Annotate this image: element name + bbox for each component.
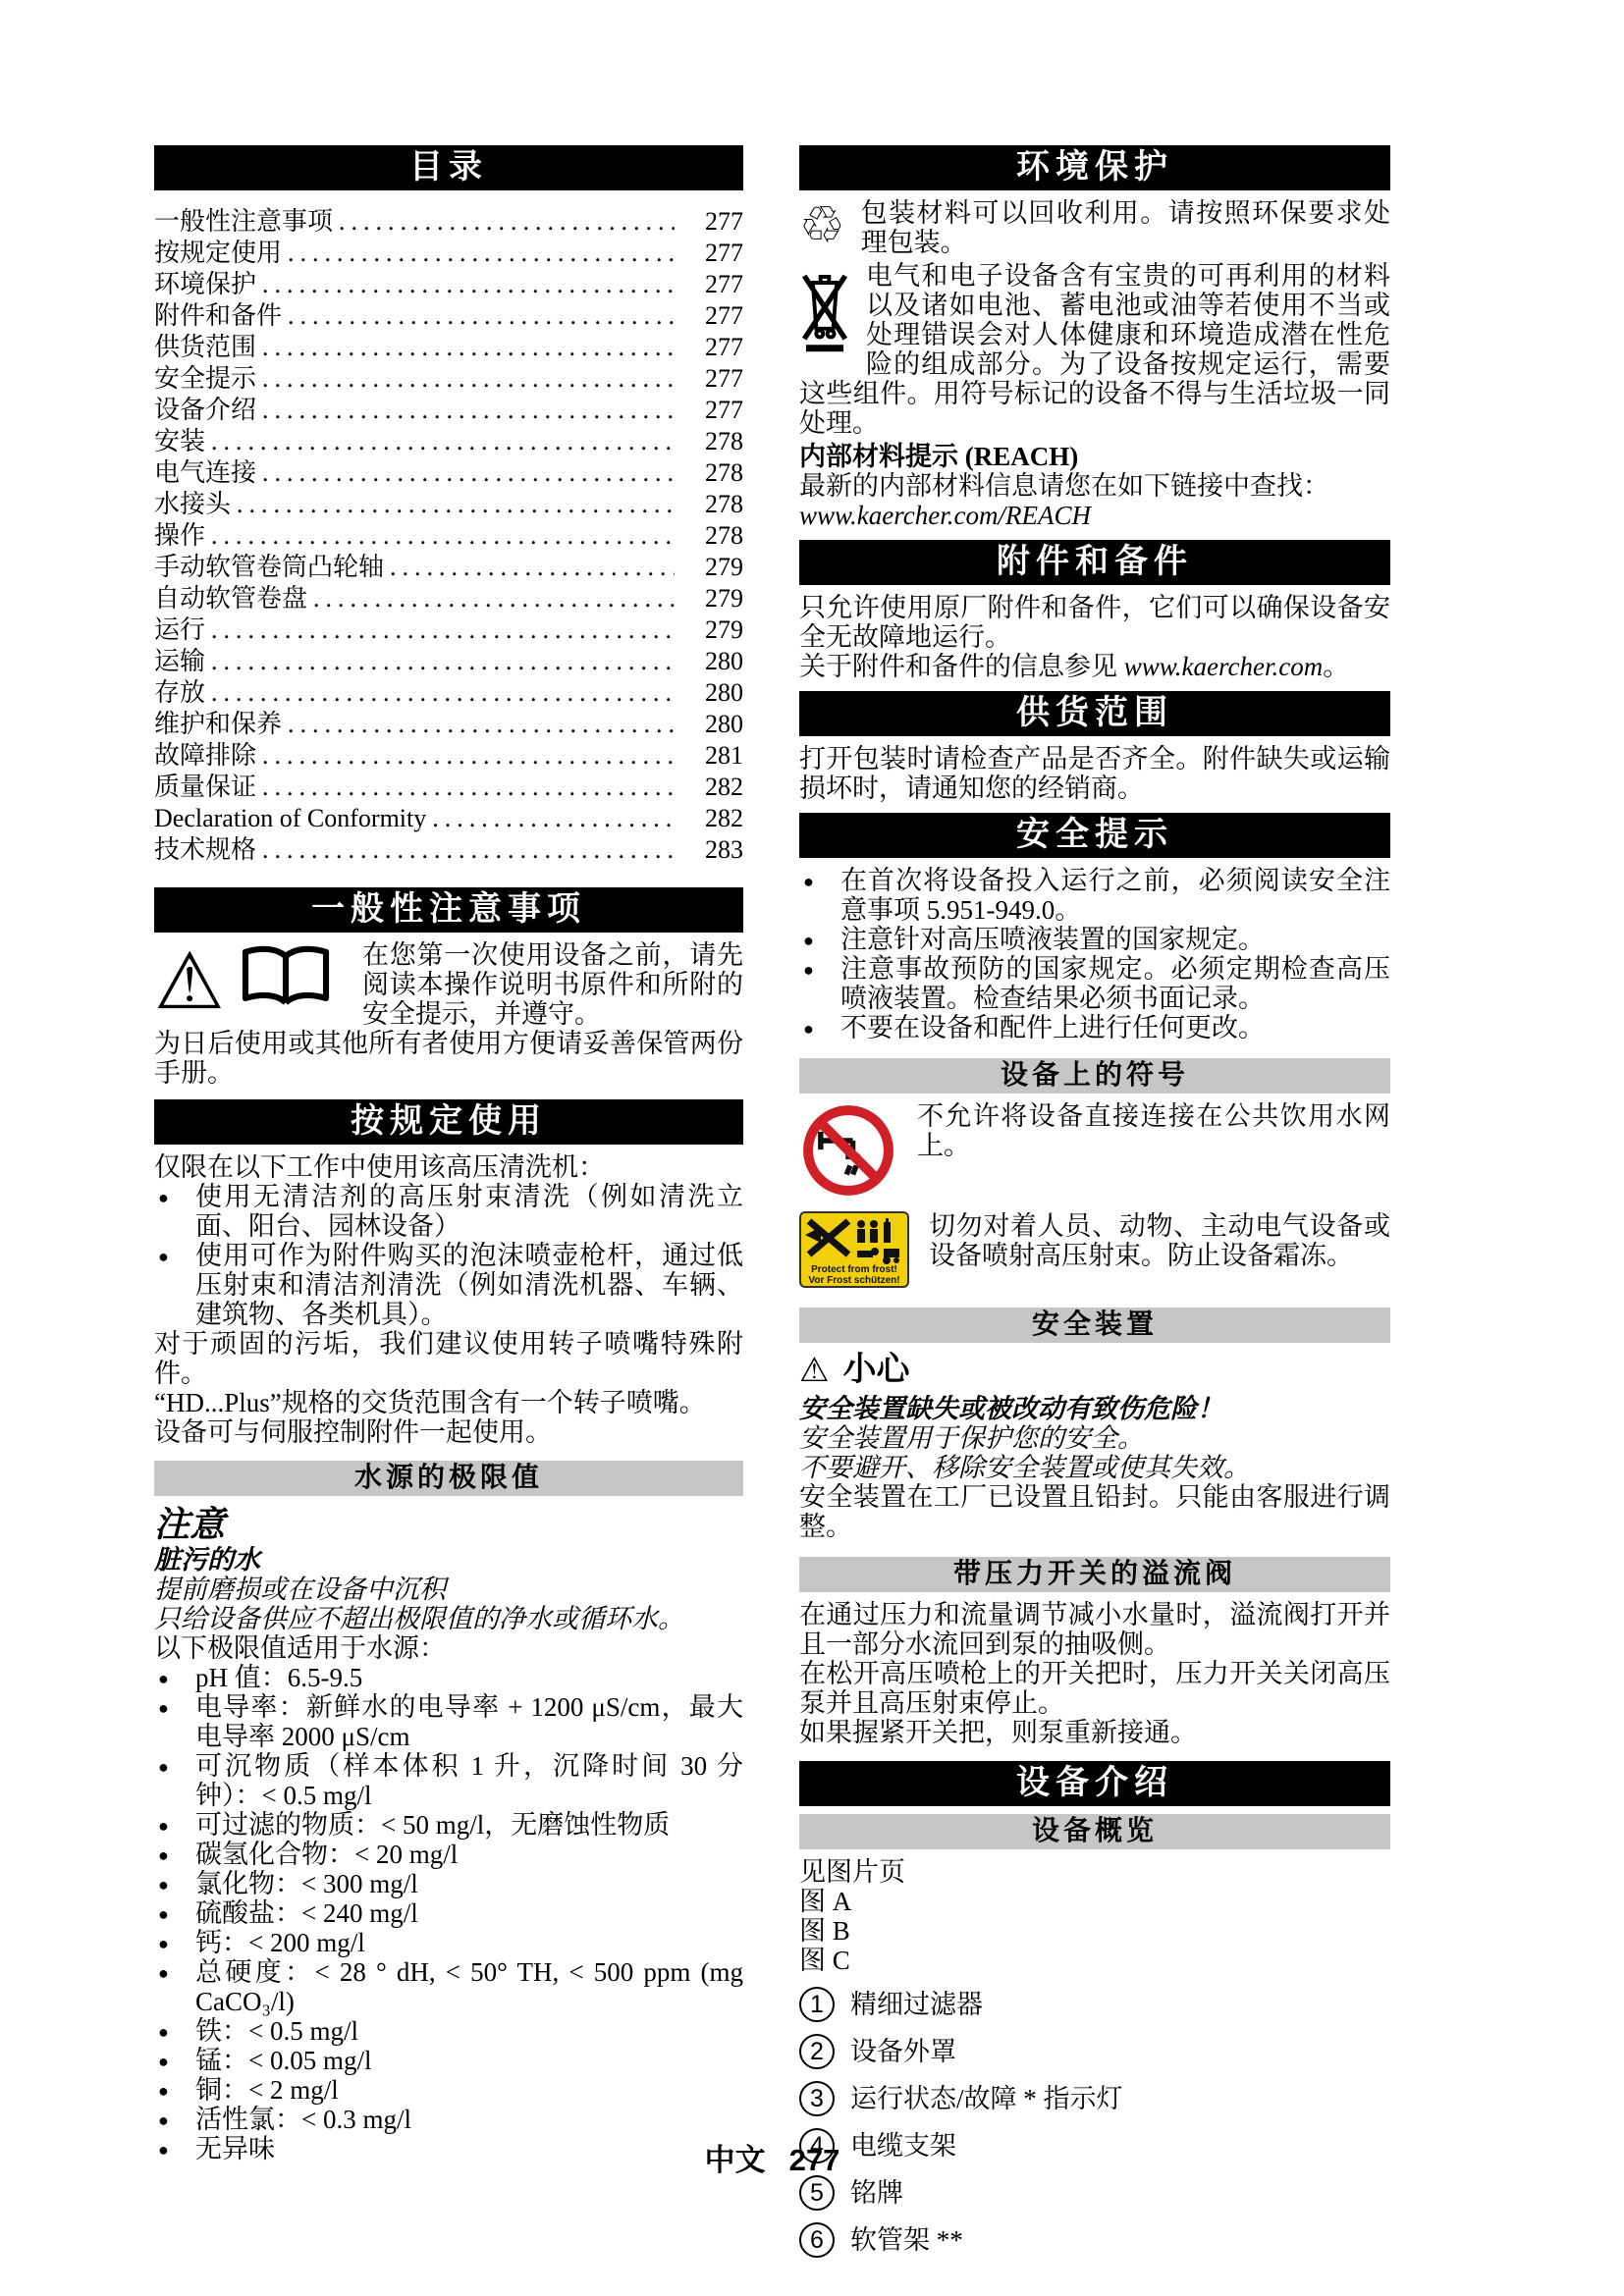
manual-page: 目录 一般性注意事项 .............................… [0, 0, 1624, 2296]
device-overview-item: 5 铭牌 [799, 2175, 1390, 2211]
accessories-p2-prefix: 关于附件和备件的信息参见 [799, 652, 1124, 681]
water-limit-item: 氯化物：< 300 mg/l [154, 1869, 743, 1898]
accessories-url: www.kaercher.com [1124, 652, 1323, 681]
water-limits-list: pH 值：6.5-9.5 电导率：新鲜水的电导率 + 1200 μS/cm，最大… [154, 1663, 743, 2163]
frost-warning-sticker-icon: Protect from frost! Vor Frost schützen! [799, 1211, 909, 1288]
water-italic-line: 只给设备供应不超出极限值的净水或循环水。 [154, 1604, 743, 1633]
item-label: 软管架 ** [850, 2225, 963, 2255]
toc-leader-dots: ........................................… [262, 363, 675, 395]
toc-entry-label: Declaration of Conformity [154, 803, 426, 834]
general-notes-header-bar: 一般性注意事项 [154, 887, 743, 933]
dirty-water-label: 脏污的水 [154, 1545, 743, 1575]
device-symbols-title: 设备上的符号 [1001, 1060, 1189, 1091]
attention-label: 注意 [154, 1504, 743, 1545]
safety-item: 注意针对高压喷液装置的国家规定。 [799, 925, 1390, 954]
toc-leader-dots: ........................................… [211, 426, 675, 457]
general-notes-icons: ⚠ [154, 940, 362, 1021]
caution-label: 小心 [842, 1351, 909, 1390]
toc-leader-dots: ........................................… [262, 395, 675, 426]
safety-item: 在首次将设备投入运行之前，必须阅读安全注意事项 5.951-949.0。 [799, 866, 1390, 925]
overflow-valve-paragraph: 在通过压力和流量调节减小水量时，溢流阀打开并且一部分水流回到泵的抽吸侧。 [799, 1600, 1390, 1659]
weee-paragraph: 电气和电子设备含有宝贵的可再利用的材料以及诸如电池、蓄电池或油等若使用不当或处理… [799, 261, 1390, 438]
safety-devices-note: 安全装置在工厂已设置且铅封。只能由客服进行调整。 [799, 1482, 1390, 1541]
safety-title: 安全提示 [1016, 817, 1173, 853]
toc-leader-dots: ........................................… [432, 803, 675, 834]
page-footer: 中文277 [154, 2146, 1390, 2175]
water-limit-item: 钙：< 200 mg/l [154, 1928, 743, 1957]
toc-leader-dots: ........................................… [288, 709, 675, 740]
toc-entry-label: 维护和保养 [154, 709, 282, 740]
toc-entry-page: 283 [680, 834, 743, 866]
water-italic-lines: 提前磨损或在设备中沉积 只给设备供应不超出极限值的净水或循环水。 [154, 1575, 743, 1633]
toc-entry: 维护和保养 ..................................… [154, 709, 743, 740]
toc-entry-label: 自动软管卷盘 [154, 583, 307, 614]
water-limits-title: 水源的极限值 [354, 1463, 543, 1493]
device-description-title: 设备介绍 [1016, 1765, 1173, 1801]
toc-entry: 附件和备件 ..................................… [154, 300, 743, 332]
water-limit-item: pH 值：6.5-9.5 [154, 1663, 743, 1692]
toc-entry-page: 277 [680, 395, 743, 426]
left-column: 目录 一般性注意事项 .............................… [154, 145, 743, 2163]
water-limit-item: 锰：< 0.05 mg/l [154, 2046, 743, 2075]
toc-leader-dots: ........................................… [288, 238, 675, 269]
device-overview-item: 1 精细过滤器 [799, 1987, 1390, 2022]
item-label: 精细过滤器 [850, 1990, 983, 2019]
water-limit-item: 总硬度：< 28 ° dH, < 50° TH, < 500 ppm (mg C… [154, 1957, 743, 2016]
toc-entry: 环境保护 ...................................… [154, 269, 743, 300]
intended-use-paragraph: 设备可与伺服控制附件一起使用。 [154, 1417, 743, 1447]
figure-reference: 图 C [799, 1946, 1390, 1975]
intended-use-item: 使用可作为附件购买的泡沫喷壶枪杆，通过低压射束和清洁剂清洗（例如清洗机器、车辆、… [154, 1241, 743, 1329]
reach-title: 内部材料提示 (REACH) [799, 442, 1390, 471]
weee-text: 电气和电子设备含有宝贵的可再利用的材料以及诸如电池、蓄电池或油等若使用不当或处理… [799, 261, 1390, 438]
no-mains-water-row: 不允许将设备直接连接在公共饮用水网上。 [799, 1101, 1390, 1203]
toc-entry: 故障排除 ...................................… [154, 740, 743, 772]
toc-entry-page: 277 [680, 269, 743, 300]
intended-use-header-bar: 按规定使用 [154, 1099, 743, 1145]
figure-reference: 图 A [799, 1887, 1390, 1916]
device-overview-item: 6 软管架 ** [799, 2222, 1390, 2258]
toc-leader-dots: ........................................… [262, 740, 675, 772]
environment-title: 环境保护 [1016, 149, 1173, 186]
toc-entry-page: 278 [680, 520, 743, 552]
toc-entry-page: 279 [680, 552, 743, 583]
toc-entry-page: 277 [680, 363, 743, 395]
item-number-badge: 2 [799, 2034, 835, 2069]
toc-leader-dots: ........................................… [237, 489, 675, 520]
warning-triangle-icon: ⚠ [154, 942, 225, 1021]
toc-entry-label: 环境保护 [154, 269, 256, 300]
open-book-icon [239, 942, 333, 1013]
safety-devices-italic-line: 安全装置用于保护您的安全。 [799, 1423, 1390, 1453]
safety-devices-title: 安全装置 [1032, 1309, 1158, 1340]
toc-leader-dots: ........................................… [211, 646, 675, 677]
toc-entry-page: 281 [680, 740, 743, 772]
toc-leader-dots: ........................................… [262, 772, 675, 803]
toc-entry: 运输 .....................................… [154, 646, 743, 677]
toc-entry-page: 278 [680, 457, 743, 489]
toc-entry: 技术规格 ...................................… [154, 834, 743, 866]
intended-use-item: 使用无清洁剂的高压射束清洗（例如清洗立面、阳台、园林设备） [154, 1182, 743, 1241]
water-limit-item: 铁：< 0.5 mg/l [154, 2016, 743, 2046]
toc-entry: 设备介绍 ...................................… [154, 395, 743, 426]
general-notes-title: 一般性注意事项 [311, 891, 586, 928]
toc-entry-label: 一般性注意事项 [154, 206, 333, 238]
sticker-text-de: Vor Frost schützen! [808, 1275, 899, 1286]
accessories-p2-suffix: 。 [1323, 652, 1349, 681]
toc-entry-label: 按规定使用 [154, 238, 282, 269]
item-label: 铭牌 [850, 2178, 903, 2208]
toc-entry-label: 设备介绍 [154, 395, 256, 426]
toc-leader-dots: ........................................… [211, 520, 675, 552]
device-symbols-subheader-bar: 设备上的符号 [799, 1058, 1390, 1094]
toc-entry-page: 280 [680, 646, 743, 677]
packaging-text: 包装材料可以回收利用。请按照环保要求处理包装。 [799, 198, 1390, 257]
toc-entry-page: 277 [680, 238, 743, 269]
toc-entry-label: 技术规格 [154, 834, 256, 866]
water-limit-item: 活性氯：< 0.3 mg/l [154, 2105, 743, 2134]
recycle-icon: ♲ [799, 200, 845, 251]
packaging-paragraph: ♲ 包装材料可以回收利用。请按照环保要求处理包装。 [799, 198, 1390, 257]
right-column: 环境保护 ♲ 包装材料可以回收利用。请按照环保要求处理包装。 [799, 145, 1390, 2269]
water-limit-item: 铜：< 2 mg/l [154, 2075, 743, 2105]
item-number-badge: 5 [799, 2175, 835, 2211]
safety-header-bar: 安全提示 [799, 813, 1390, 858]
toc-entry-page: 278 [680, 426, 743, 457]
toc-entry-label: 电气连接 [154, 457, 256, 489]
figure-references: 图 A 图 B 图 C [799, 1887, 1390, 1975]
general-notes-intro: ⚠ 在您第一次使用设备之前，请先阅读本操作说明书原件和所附的安全提示，并遵守。 [154, 940, 743, 1029]
reach-text: 最新的内部材料信息请您在如下链接中查找： [799, 471, 1390, 501]
toc-entry-page: 279 [680, 614, 743, 646]
toc-entry: 供货范围 ...................................… [154, 332, 743, 363]
accessories-header-bar: 附件和备件 [799, 540, 1390, 585]
toc-header-bar: 目录 [154, 145, 743, 190]
footer-language: 中文 [705, 2143, 766, 2177]
toc-entry: 质量保证 ...................................… [154, 772, 743, 803]
safety-devices-warning: 安全装置缺失或被改动有致伤危险！ [799, 1394, 1390, 1423]
scope-text: 打开包装时请检查产品是否齐全。附件缺失或运输损坏时，请通知您的经销商。 [799, 744, 1390, 803]
toc-entry-page: 282 [680, 803, 743, 834]
toc-leader-dots: ........................................… [313, 583, 675, 614]
safety-devices-subheader-bar: 安全装置 [799, 1308, 1390, 1343]
no-drinking-water-connection-icon [799, 1101, 897, 1200]
caution-triangle-icon: ⚠ [799, 1354, 829, 1387]
reach-url: www.kaercher.com/REACH [799, 501, 1390, 530]
intended-use-paragraphs: 对于顽固的污垢，我们建议使用转子喷嘴特殊附件。 “HD...Plus”规格的交货… [154, 1329, 743, 1447]
toc-entry: 操作 .....................................… [154, 520, 743, 552]
toc-entry-label: 安装 [154, 426, 205, 457]
toc-entry: 运行 .....................................… [154, 614, 743, 646]
toc-entry-label: 安全提示 [154, 363, 256, 395]
toc-entry: 一般性注意事项 ................................… [154, 206, 743, 238]
device-overview-item: 3 运行状态/故障 * 指示灯 [799, 2081, 1390, 2116]
intended-use-paragraph: “HD...Plus”规格的交货范围含有一个转子喷嘴。 [154, 1388, 743, 1417]
toc-entry-page: 280 [680, 709, 743, 740]
toc-entry: Declaration of Conformity ..............… [154, 803, 743, 834]
toc-entry: 电气连接 ...................................… [154, 457, 743, 489]
device-overview-subheader-bar: 设备概览 [799, 1814, 1390, 1849]
general-notes-keep-text: 为日后使用或其他所有者使用方便请妥善保管两份手册。 [154, 1029, 743, 1088]
water-italic-line: 提前磨损或在设备中沉积 [154, 1575, 743, 1604]
toc-entry-label: 附件和备件 [154, 300, 282, 332]
water-limit-item: 硫酸盐：< 240 mg/l [154, 1898, 743, 1928]
toc-entry: 水接头 ....................................… [154, 489, 743, 520]
scope-header-bar: 供货范围 [799, 691, 1390, 736]
water-limit-item: 电导率：新鲜水的电导率 + 1200 μS/cm，最大电导率 2000 μS/c… [154, 1692, 743, 1751]
toc-leader-dots: ........................................… [262, 332, 675, 363]
toc-leader-dots: ........................................… [262, 457, 675, 489]
safety-devices-italic-line: 不要避开、移除安全装置或使其失效。 [799, 1453, 1390, 1482]
item-number-badge: 1 [799, 1987, 835, 2022]
water-limits-lead: 以下极限值适用于水源： [154, 1633, 743, 1663]
water-limit-item: 可过滤的物质：< 50 mg/l，无磨蚀性物质 [154, 1810, 743, 1840]
toc-title: 目录 [409, 149, 488, 186]
overflow-valve-paragraph: 如果握紧开关把，则泵重新接通。 [799, 1718, 1390, 1747]
toc-entry-page: 282 [680, 772, 743, 803]
toc-leader-dots: ........................................… [262, 834, 675, 866]
toc-entry: 按规定使用 ..................................… [154, 238, 743, 269]
safety-list: 在首次将设备投入运行之前，必须阅读安全注意事项 5.951-949.0。 注意针… [799, 866, 1390, 1042]
toc-entry-label: 存放 [154, 677, 205, 709]
accessories-title: 附件和备件 [997, 544, 1193, 580]
safety-item: 不要在设备和配件上进行任何更改。 [799, 1013, 1390, 1042]
item-number-badge: 3 [799, 2081, 835, 2116]
water-limit-item: 碳氢化合物：< 20 mg/l [154, 1840, 743, 1869]
caution-row: ⚠ 小心 [799, 1351, 1390, 1390]
crossed-out-bin-icon [799, 263, 850, 353]
toc-leader-dots: ........................................… [390, 552, 675, 583]
safety-item: 注意事故预防的国家规定。必须定期检查高压喷液装置。检查结果必须书面记录。 [799, 954, 1390, 1013]
toc-entry: 安全提示 ...................................… [154, 363, 743, 395]
accessories-p2: 关于附件和备件的信息参见 www.kaercher.com。 [799, 652, 1390, 681]
intended-use-lead: 仅限在以下工作中使用该高压清洗机： [154, 1152, 743, 1182]
toc-entry: 手动软管卷筒凸轮轴 ..............................… [154, 552, 743, 583]
accessories-p1: 只允许使用原厂附件和备件，它们可以确保设备安全无故障地运行。 [799, 593, 1390, 652]
overflow-valve-paragraph: 在松开高压喷枪上的开关把时，压力开关关闭高压泵并且高压射束停止。 [799, 1659, 1390, 1718]
footer-page-number: 277 [789, 2143, 840, 2177]
see-graphics-page: 见图片页 [799, 1857, 1390, 1887]
water-limits-subheader-bar: 水源的极限值 [154, 1461, 743, 1496]
toc-entry-page: 279 [680, 583, 743, 614]
toc-leader-dots: ........................................… [288, 300, 675, 332]
intended-use-title: 按规定使用 [351, 1103, 547, 1140]
item-label: 设备外罩 [850, 2037, 956, 2066]
toc-entry-page: 278 [680, 489, 743, 520]
sticker-text-en: Protect from frost! [811, 1264, 897, 1275]
figure-reference: 图 B [799, 1916, 1390, 1946]
toc-leader-dots: ........................................… [211, 677, 675, 709]
toc-entry: 安装 .....................................… [154, 426, 743, 457]
intended-use-paragraph: 对于顽固的污垢，我们建议使用转子喷嘴特殊附件。 [154, 1329, 743, 1388]
toc-leader-dots: ........................................… [262, 269, 675, 300]
toc-leader-dots: ........................................… [211, 614, 675, 646]
overflow-valve-paragraphs: 在通过压力和流量调节减小水量时，溢流阀打开并且一部分水流回到泵的抽吸侧。 在松开… [799, 1600, 1390, 1747]
item-label: 运行状态/故障 * 指示灯 [850, 2084, 1123, 2113]
toc-entry: 自动软管卷盘 .................................… [154, 583, 743, 614]
toc-entry-label: 供货范围 [154, 332, 256, 363]
toc-entry-page: 280 [680, 677, 743, 709]
device-overview-list: 1 精细过滤器 2 设备外罩 3 运行状态/故障 * 指示灯 4 电缆支架 [799, 1987, 1390, 2258]
toc-entry-page: 277 [680, 206, 743, 238]
toc-entry-page: 277 [680, 300, 743, 332]
device-overview-title: 设备概览 [1032, 1816, 1158, 1846]
toc-entry-label: 运行 [154, 614, 205, 646]
no-spray-row: Protect from frost! Vor Frost schützen! … [799, 1211, 1390, 1292]
water-limit-item: 可沉物质（样本体积 1 升，沉降时间 30 分钟）：< 0.5 mg/l [154, 1751, 743, 1810]
overflow-valve-title: 带压力开关的溢流阀 [953, 1559, 1236, 1589]
toc-entry-label: 质量保证 [154, 772, 256, 803]
toc-entry-label: 运输 [154, 646, 205, 677]
toc-entry-label: 手动软管卷筒凸轮轴 [154, 552, 384, 583]
item-number-badge: 6 [799, 2222, 835, 2258]
intended-use-list: 使用无清洁剂的高压射束清洗（例如清洗立面、阳台、园林设备） 使用可作为附件购买的… [154, 1182, 743, 1329]
environment-header-bar: 环境保护 [799, 145, 1390, 190]
toc-entry-label: 水接头 [154, 489, 231, 520]
toc-leader-dots: ........................................… [339, 206, 675, 238]
toc-list: 一般性注意事项 ................................… [154, 206, 743, 866]
toc-entry-label: 故障排除 [154, 740, 256, 772]
scope-title: 供货范围 [1016, 695, 1173, 731]
toc-entry-label: 操作 [154, 520, 205, 552]
overflow-valve-subheader-bar: 带压力开关的溢流阀 [799, 1557, 1390, 1592]
device-description-header-bar: 设备介绍 [799, 1761, 1390, 1806]
device-overview-item: 2 设备外罩 [799, 2034, 1390, 2069]
safety-devices-italic-lines: 安全装置用于保护您的安全。 不要避开、移除安全装置或使其失效。 [799, 1423, 1390, 1482]
toc-entry: 存放 .....................................… [154, 677, 743, 709]
toc-entry-page: 277 [680, 332, 743, 363]
